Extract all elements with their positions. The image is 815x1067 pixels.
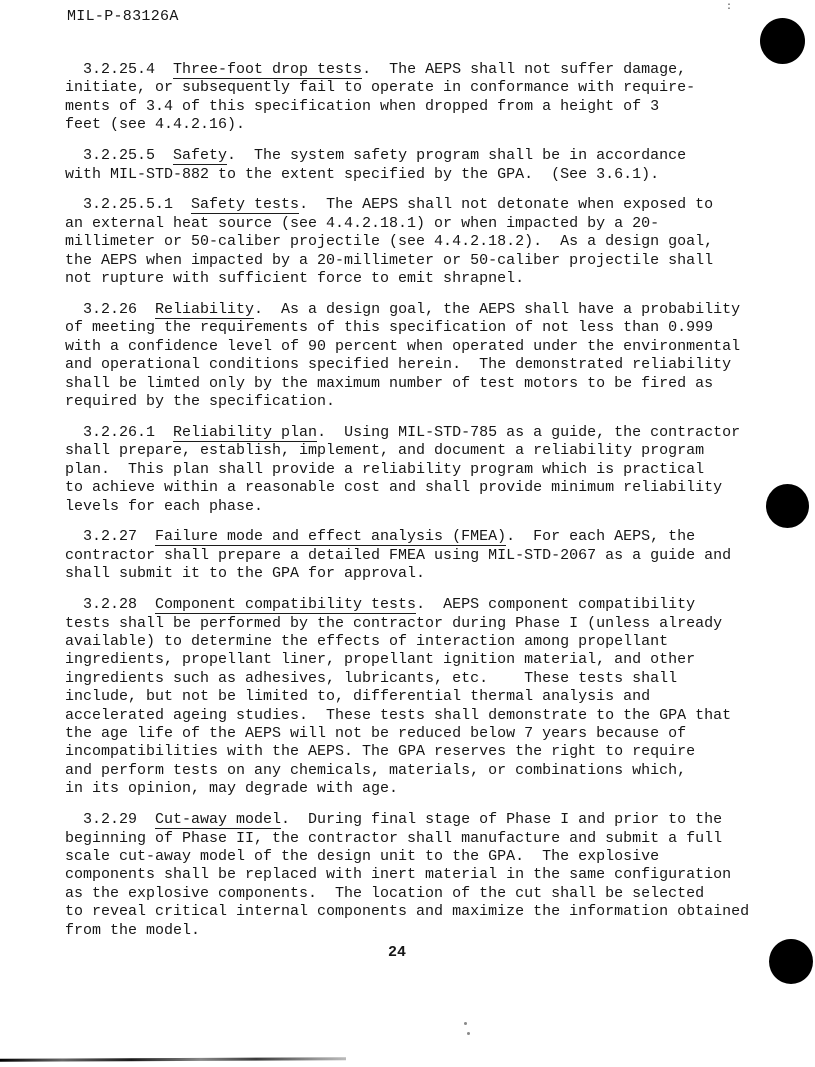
- paragraph-body-text: an external heat source (see 4.4.2.18.1)…: [65, 215, 713, 287]
- spec-paragraph: 3.2.26 Reliability. As a design goal, th…: [65, 301, 779, 411]
- paragraph-first-line-text: . The system safety program shall be in …: [227, 147, 686, 164]
- paragraph-heading: Safety tests: [191, 196, 299, 214]
- paragraph-first-line-text: . For each AEPS, the: [506, 528, 695, 545]
- paragraph-body-text: beginning of Phase II, the contractor sh…: [65, 830, 749, 939]
- paragraph-number: 3.2.27: [65, 528, 155, 545]
- paragraph-number: 3.2.28: [65, 596, 155, 613]
- spec-paragraph: 3.2.25.5.1 Safety tests. The AEPS shall …: [65, 196, 779, 288]
- spec-paragraph: 3.2.27 Failure mode and effect analysis …: [65, 528, 779, 583]
- paragraph-heading: Reliability: [155, 301, 254, 319]
- paragraph-heading: Reliability plan: [173, 424, 317, 442]
- paragraph-first-line-text: . Using MIL-STD-785 as a guide, the cont…: [317, 424, 740, 441]
- paragraph-number: 3.2.29: [65, 811, 155, 828]
- page-number: 24: [388, 944, 406, 961]
- scan-artifact-line: [0, 1057, 346, 1062]
- paragraph-body-text: of meeting the requirements of this spec…: [65, 319, 740, 410]
- punch-hole-mark-top: [760, 18, 805, 64]
- paragraph-body-text: with MIL-STD-882 to the extent specified…: [65, 166, 659, 183]
- paragraph-heading: Component compatibility tests: [155, 596, 416, 614]
- paragraph-heading: Three-foot drop tests: [173, 61, 362, 79]
- spec-paragraph: 3.2.29 Cut-away model. During final stag…: [65, 811, 779, 940]
- paragraph-number: 3.2.25.4: [65, 61, 173, 78]
- paragraph-heading: Cut-away model: [155, 811, 281, 829]
- paragraph-body-text: tests shall be performed by the contract…: [65, 615, 731, 798]
- paragraph-first-line-text: . AEPS component compatibility: [416, 596, 695, 613]
- paragraph-first-line-text: . During final stage of Phase I and prio…: [281, 811, 722, 828]
- paragraph-number: 3.2.25.5.1: [65, 196, 191, 213]
- document-number-header: MIL-P-83126A: [67, 8, 179, 25]
- paragraph-number: 3.2.25.5: [65, 147, 173, 164]
- paragraph-list: 3.2.25.4 Three-foot drop tests. The AEPS…: [65, 61, 779, 940]
- scan-speck-colon: :: [726, 3, 732, 13]
- paragraph-heading: Safety: [173, 147, 227, 165]
- paragraph-body-text: shall prepare, establish, implement, and…: [65, 442, 722, 514]
- punch-hole-mark-bottom: [769, 939, 813, 984]
- spec-paragraph: 3.2.25.4 Three-foot drop tests. The AEPS…: [65, 61, 779, 135]
- paragraph-first-line-text: . As a design goal, the AEPS shall have …: [254, 301, 740, 318]
- spec-paragraph: 3.2.25.5 Safety. The system safety progr…: [65, 147, 779, 184]
- paragraph-body-text: contractor shall prepare a detailed FMEA…: [65, 547, 731, 582]
- paragraph-body-text: initiate, or subsequently fail to operat…: [65, 79, 695, 133]
- scan-speck-dot: [467, 1032, 470, 1035]
- scan-speck-dot: [464, 1022, 467, 1025]
- paragraph-first-line-text: . The AEPS shall not detonate when expos…: [299, 196, 713, 213]
- paragraph-number: 3.2.26.1: [65, 424, 173, 441]
- paragraph-first-line-text: . The AEPS shall not suffer damage,: [362, 61, 686, 78]
- paragraph-number: 3.2.26: [65, 301, 155, 318]
- paragraph-heading: Failure mode and effect analysis (FMEA): [155, 528, 506, 546]
- punch-hole-mark-middle: [766, 484, 809, 528]
- spec-paragraph: 3.2.28 Component compatibility tests. AE…: [65, 596, 779, 798]
- document-page-body: 3.2.25.4 Three-foot drop tests. The AEPS…: [65, 61, 779, 952]
- spec-paragraph: 3.2.26.1 Reliability plan. Using MIL-STD…: [65, 424, 779, 516]
